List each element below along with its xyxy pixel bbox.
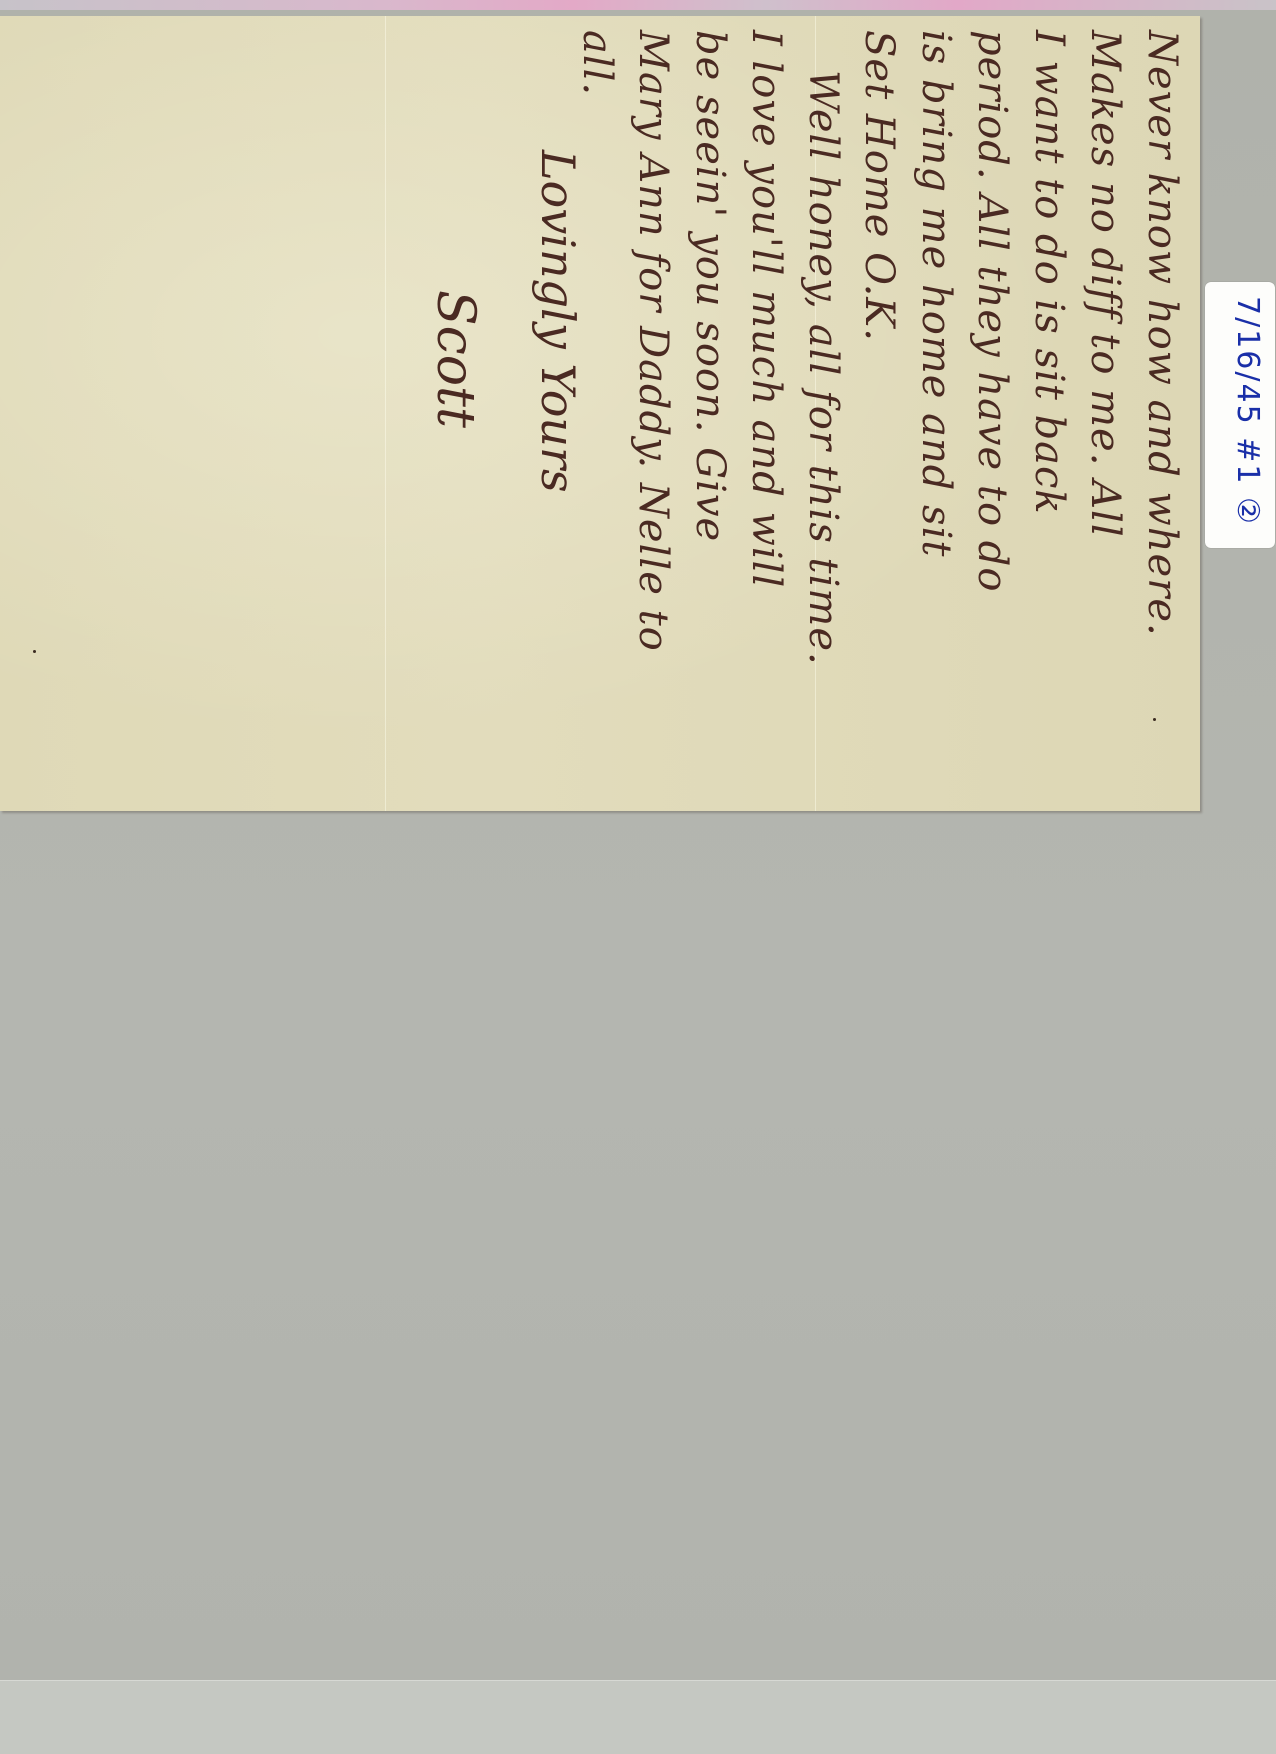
letter-line: be seein' you soon. Give — [682, 30, 739, 810]
letter-line: Well honey, all for this time. — [795, 30, 852, 810]
paper-speck — [33, 650, 36, 653]
paper-fold-line — [385, 16, 386, 811]
letter-line: I want to do is sit back — [1021, 30, 1078, 810]
archive-label-text: 7/16/45 #1 ② — [1230, 296, 1265, 526]
scanner-top-strip — [0, 0, 1276, 10]
letter-line: I love you'll much and will — [738, 30, 795, 810]
letter-line: period. All they have to do — [964, 30, 1021, 810]
letter-signature: Scott — [425, 290, 485, 428]
scanner-bottom-strip — [0, 1680, 1276, 1754]
letter-line: Never know how and where. — [1134, 30, 1191, 810]
letter-line: Makes no diff to me. All — [1077, 30, 1134, 810]
letter-line: Set Home O.K. — [851, 30, 908, 810]
letter-line: Mary Ann for Daddy. Nelle to — [625, 30, 682, 810]
paper-speck — [1153, 718, 1156, 721]
archive-date-label: 7/16/45 #1 ② — [1205, 282, 1275, 548]
letter-line: is bring me home and sit — [908, 30, 965, 810]
letter-body: Never know how and where. Makes no diff … — [569, 30, 1191, 810]
letter-closing: Lovingly Yours — [531, 150, 585, 493]
